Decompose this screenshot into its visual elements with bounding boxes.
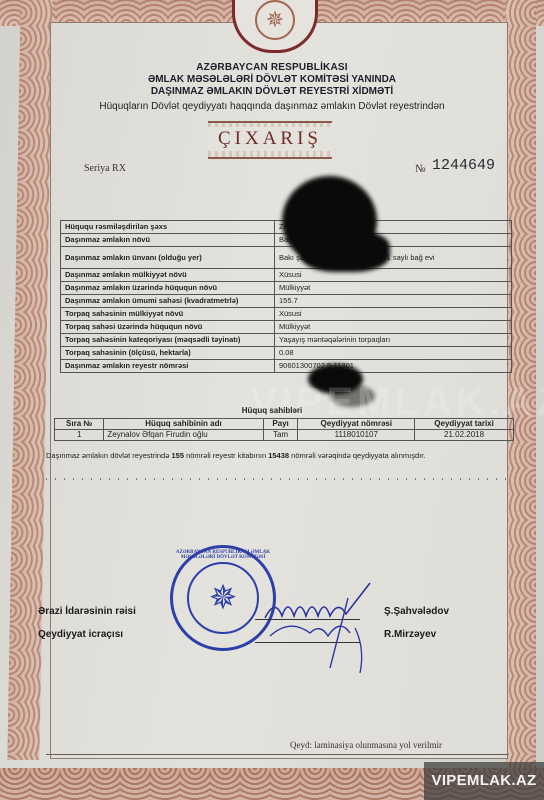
property-info-table: Hüququ rəsmiləşdirilən şəxsZeynalovDaşın… bbox=[60, 220, 512, 373]
document-title: ÇIXARIŞ bbox=[208, 127, 332, 151]
info-value: Yaşayış məntəqələrinin torpaqları bbox=[275, 334, 512, 347]
stamp-text: AZƏRBAYCAN RESPUBLİKASI ƏMLAK MƏSƏLƏLƏRİ… bbox=[173, 550, 273, 560]
registry-page-number: 15438 bbox=[268, 451, 289, 460]
handwritten-signature bbox=[260, 578, 380, 673]
info-label: Torpaq sahəsi üzərində hüququn növü bbox=[61, 321, 275, 334]
document-number: 1244649 bbox=[432, 157, 495, 174]
info-row: Torpaq sahəsi üzərində hüququn növüMülki… bbox=[61, 321, 512, 334]
owner-cell: Tam bbox=[263, 430, 298, 441]
info-value: 0.08 bbox=[275, 347, 512, 360]
owners-table: Sıra №Hüquq sahibinin adıPayıQeydiyyat n… bbox=[54, 418, 514, 441]
info-label: Hüququ rəsmiləşdirilən şəxs bbox=[61, 221, 275, 234]
info-value: Mülkiyyət bbox=[275, 282, 512, 295]
info-value: Xüsusi bbox=[275, 269, 512, 282]
owners-column-header: Qeydiyyat nömrəsi bbox=[298, 419, 415, 430]
info-label: Daşınmaz əmlakın növü bbox=[61, 234, 275, 247]
info-label: Torpaq sahəsinin kateqoriyası (məqsədli … bbox=[61, 334, 275, 347]
info-row: Daşınmaz əmlakın mülkiyyət növüXüsusi bbox=[61, 269, 512, 282]
signatory-name-1: Ş.Şahvələdov bbox=[384, 606, 449, 617]
owner-row: 1Zeynalov Əfqan Firudin oğluTam111801010… bbox=[55, 430, 514, 441]
owners-column-header: Hüquq sahibinin adı bbox=[104, 419, 263, 430]
info-value: Mülkiyyət bbox=[275, 321, 512, 334]
info-row: Daşınmaz əmlakın ünvanı (olduğu yer)Bakı… bbox=[61, 247, 512, 269]
header-service: DAŞINMAZ ƏMLAKIN DÖVLƏT REYESTRİ XİDMƏTİ bbox=[0, 86, 544, 97]
info-row: Torpaq sahəsinin kateqoriyası (məqsədli … bbox=[61, 334, 512, 347]
info-label: Torpaq sahəsinin mülkiyyət növü bbox=[61, 308, 275, 321]
owners-column-header: Qeydiyyat tarixi bbox=[415, 419, 514, 430]
info-value: 90601300702 5-11301 bbox=[275, 360, 512, 373]
coat-of-arms-icon: ✵ bbox=[255, 0, 295, 40]
info-row: Torpaq sahəsinin (ölçüsü, hektarla)0.08 bbox=[61, 347, 512, 360]
owners-title: Hüquq sahibləri bbox=[0, 406, 544, 415]
info-value: Xüsusi bbox=[275, 308, 512, 321]
registry-book-number: 155 bbox=[171, 451, 184, 460]
info-row: Torpaq sahəsinin mülkiyyət növüXüsusi bbox=[61, 308, 512, 321]
info-value: 155.7 bbox=[275, 295, 512, 308]
header-subtitle: Hüquqların Dövlət qeydiyyatı haqqında da… bbox=[0, 101, 544, 112]
info-row: Daşınmaz əmlakın reyestr nömrəsi90601300… bbox=[61, 360, 512, 373]
registration-statement: Daşınmaz əmlakın dövlət reyestrində 155 … bbox=[46, 451, 508, 461]
signatory-role-1: Ərazi İdarəsinin rəisi bbox=[38, 606, 136, 617]
dotted-line bbox=[46, 478, 506, 480]
info-label: Daşınmaz əmlakın üzərində hüququn növü bbox=[61, 282, 275, 295]
info-label: Daşınmaz əmlakın ünvanı (olduğu yer) bbox=[61, 247, 275, 269]
site-watermark: VIPEMLAK.AZ bbox=[424, 762, 544, 800]
info-row: Daşınmaz əmlakın ümumi sahəsi (kvadratme… bbox=[61, 295, 512, 308]
lamination-note: Qeyd: laminasiya olunmasına yol verilmir bbox=[290, 740, 442, 750]
signatory-name-2: R.Mirzəyev bbox=[384, 629, 436, 640]
owners-column-header: Payı bbox=[263, 419, 298, 430]
owner-cell: 21.02.2018 bbox=[415, 430, 514, 441]
series-label: Seriya RX bbox=[84, 163, 126, 174]
signatory-role-2: Qeydiyyat icraçısı bbox=[38, 629, 123, 640]
info-label: Torpaq sahəsinin (ölçüsü, hektarla) bbox=[61, 347, 275, 360]
info-label: Daşınmaz əmlakın reyestr nömrəsi bbox=[61, 360, 275, 373]
header-committee: ƏMLAK MƏSƏLƏLƏRİ DÖVLƏT KOMİTƏSİ YANINDA bbox=[0, 74, 544, 85]
header-country: AZƏRBAYCAN RESPUBLİKASI bbox=[0, 62, 544, 73]
redaction-blot bbox=[300, 230, 390, 272]
number-sign: № bbox=[415, 163, 426, 175]
info-label: Daşınmaz əmlakın ümumi sahəsi (kvadratme… bbox=[61, 295, 275, 308]
owners-column-header: Sıra № bbox=[55, 419, 104, 430]
owner-cell: 1 bbox=[55, 430, 104, 441]
owner-cell: 1118010107 bbox=[298, 430, 415, 441]
info-label: Daşınmaz əmlakın mülkiyyət növü bbox=[61, 269, 275, 282]
info-row: Daşınmaz əmlakın üzərində hüququn növüMü… bbox=[61, 282, 512, 295]
stamp-emblem-icon: ✵ bbox=[199, 574, 247, 622]
note-divider bbox=[46, 754, 508, 755]
owner-cell: Zeynalov Əfqan Firudin oğlu bbox=[104, 430, 263, 441]
